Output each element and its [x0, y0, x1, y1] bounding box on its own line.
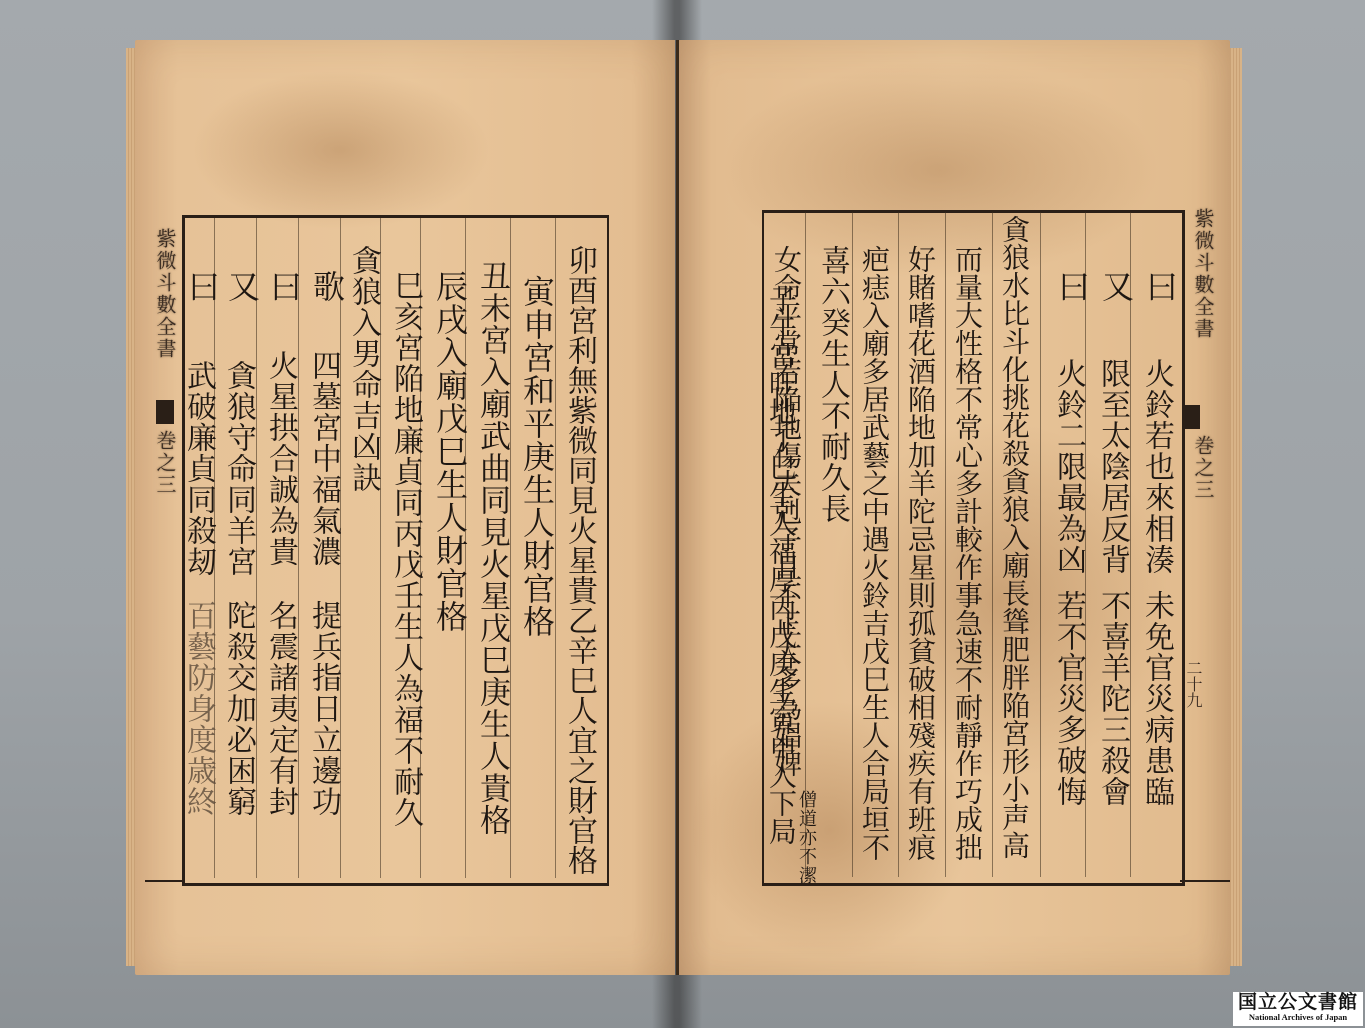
national-archives-watermark: 国立公文書館 National Archives of Japan	[1233, 992, 1363, 1026]
text-column: 巳亥宮陥地廉貞同丙戊壬生人為福不耐久	[386, 270, 425, 828]
label-you: 又	[1094, 270, 1138, 303]
column-rule	[256, 218, 257, 878]
text-column: 喜六癸生人不耐久長	[814, 245, 850, 524]
fish-tail-mark	[156, 400, 174, 424]
margin-volume: 巻之三	[1190, 435, 1216, 501]
text-column: 好賭嗜花酒陥地加羊陀忌星則孤貧破相殘疾有班痕	[906, 245, 934, 861]
paper-stain	[190, 70, 490, 230]
text-column: 而量大性格不常心多計較作事急速不耐靜作巧成拙	[953, 245, 981, 861]
column-rule	[945, 212, 946, 877]
verse-line: 不喜羊陀三殺會	[1094, 590, 1130, 807]
column-rule	[298, 218, 299, 878]
page-edges-right	[1228, 48, 1242, 966]
label-yue: 曰	[180, 270, 224, 303]
column-rule	[852, 212, 853, 877]
label-yue: 曰	[262, 270, 306, 303]
bottom-rule	[1180, 880, 1230, 882]
text-column: 辰戌入廟戊巳生人財官格	[428, 270, 472, 633]
verse-line: 武破廉貞同殺刼	[180, 360, 216, 577]
column-rule	[898, 212, 899, 877]
margin-book-title: 紫微斗數全書	[152, 228, 178, 360]
fish-tail-mark	[1182, 405, 1200, 429]
verse-line: 火鈴二限最為凶	[1050, 358, 1086, 575]
label-you: 又	[220, 270, 264, 303]
verse-line: 若不官災多破悔	[1050, 590, 1086, 807]
text-column: 貪狼入男命吉凶訣	[345, 245, 381, 493]
verse-line: 未免官災病患臨	[1138, 590, 1174, 807]
folio-number: 二十九	[1182, 660, 1205, 708]
verse-line: 陀殺交加必困窮	[220, 600, 256, 817]
column-rule	[1130, 212, 1131, 877]
watermark-english: National Archives of Japan	[1233, 1012, 1363, 1023]
text-column: 寅申宮和平庚生人財官格	[515, 275, 559, 638]
text-column: 子午宮旺地丁巳生人福厚丙戊庚生寅申人下局	[766, 285, 797, 845]
verse-line: 火鈴若也來相湊	[1138, 358, 1174, 575]
book-gutter	[676, 40, 679, 975]
verse-line: 限至太陰居反背	[1094, 358, 1130, 575]
column-rule	[1040, 212, 1041, 877]
column-rule	[992, 212, 993, 877]
verse-line: 名震諸夷定有封	[262, 600, 298, 817]
watermark-japanese: 国立公文書館	[1233, 992, 1363, 1012]
verse-line: 百藝防身度歳終	[180, 600, 216, 817]
verse-line: 貪狼守命同羊宮	[220, 360, 256, 577]
label-yue: 曰	[1138, 270, 1182, 303]
verse-line: 提兵指日立邊功	[305, 600, 341, 817]
text-column: 貪狼水比斗化挑花殺貪狼入廟長聳肥胖陥宮形小声高	[1000, 215, 1028, 859]
verse-line: 火星拱合誠為貴	[262, 350, 298, 567]
margin-book-title: 紫微斗數全書	[1190, 208, 1216, 340]
verse-line: 四墓宮中福氣濃	[305, 350, 341, 567]
column-rule	[805, 212, 806, 877]
bottom-rule	[145, 880, 185, 882]
text-column: 卯酉宮利無紫微同見火星貴乙辛巳人宜之財官格	[560, 245, 598, 875]
margin-volume: 巻之三	[152, 430, 178, 496]
text-column: 疤痣入廟多居武藝之中遇火鈴吉戊巳生人合局垣不	[860, 245, 888, 861]
text-column: 丑未宮入廟武曲同見火星戊巳庚生人貴格	[470, 260, 514, 836]
label-yue: 曰	[1050, 270, 1094, 303]
label-ge: 歌	[305, 270, 349, 303]
